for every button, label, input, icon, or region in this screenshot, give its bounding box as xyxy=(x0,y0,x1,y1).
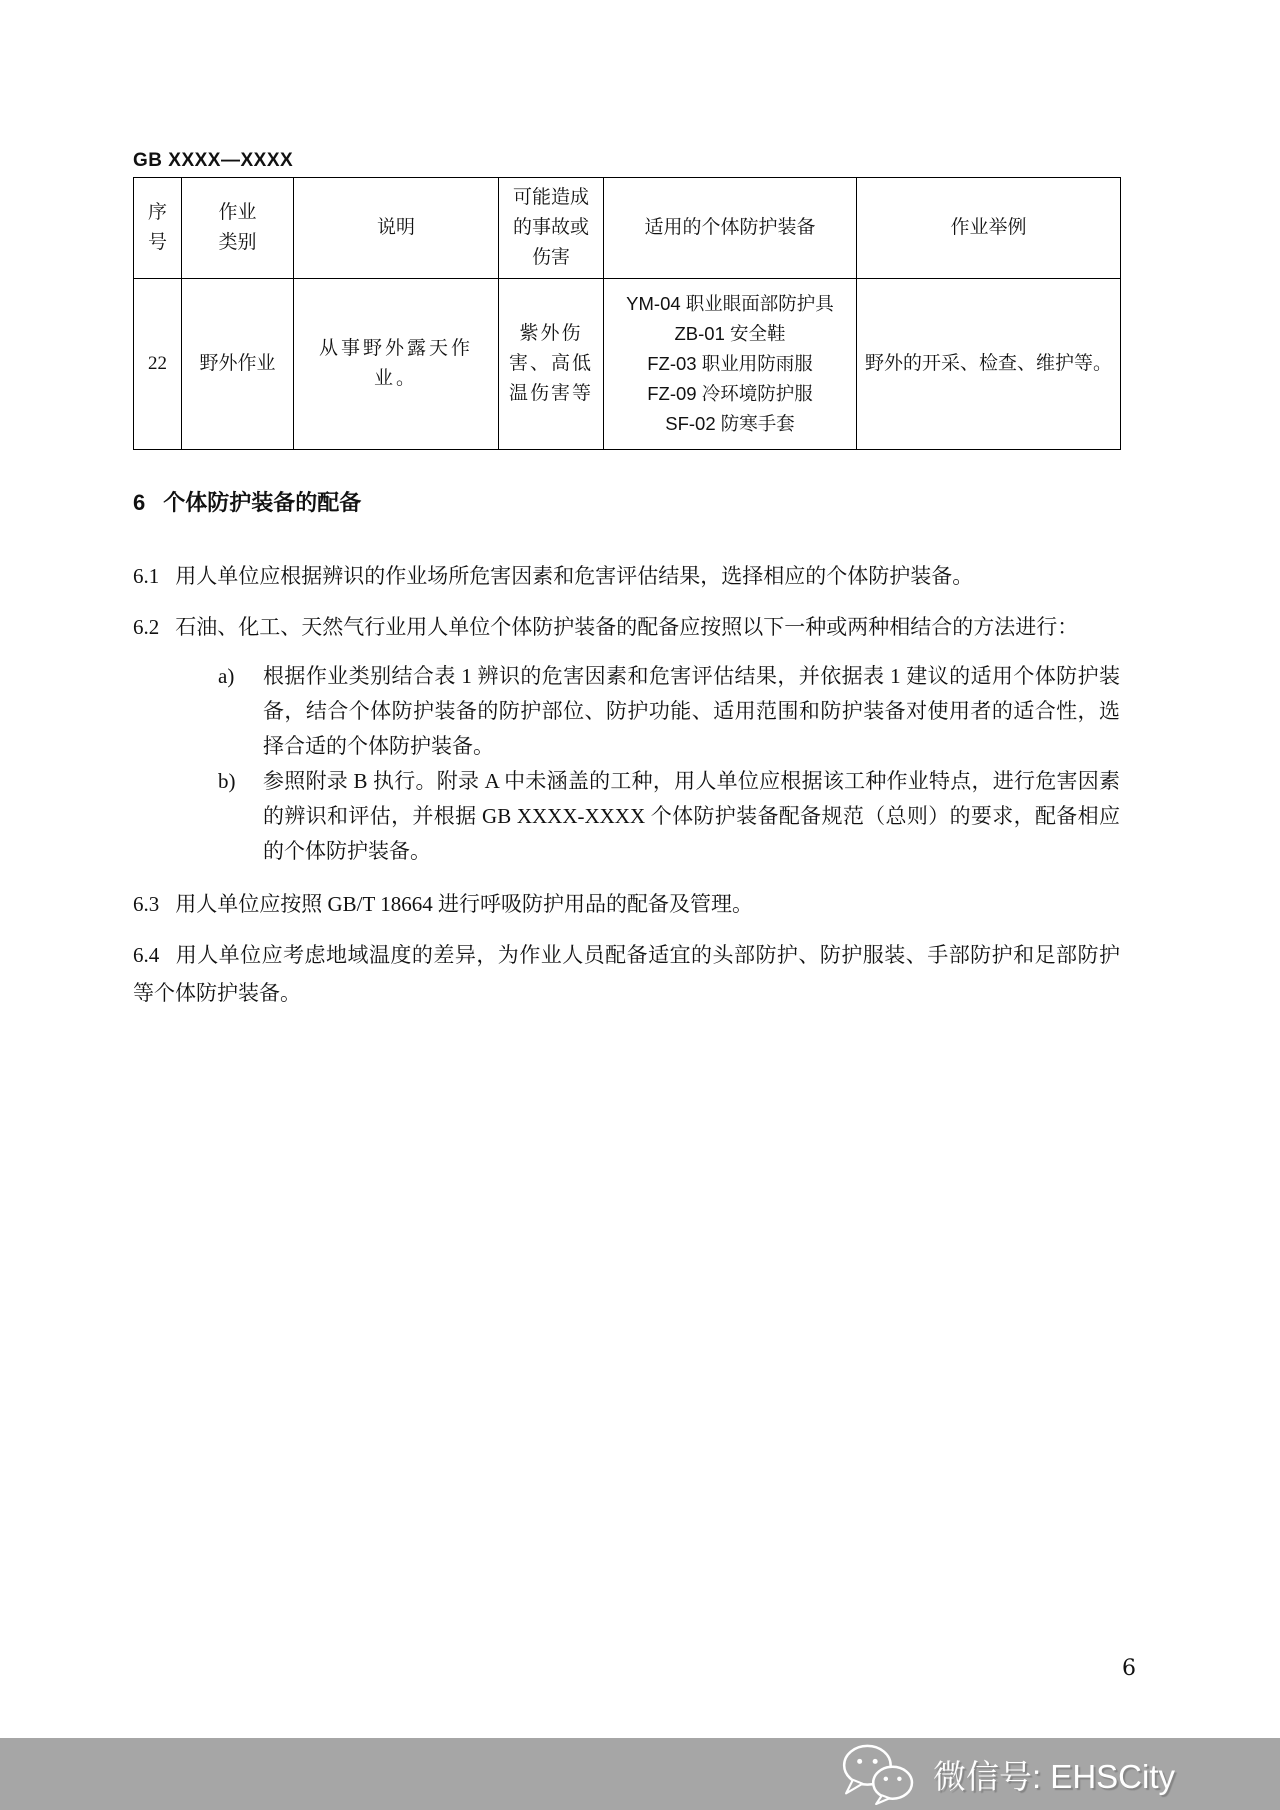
sub-item-label: b) xyxy=(218,764,236,799)
clause-6-3: 6.3用人单位应按照 GB/T 18664 进行呼吸防护用品的配备及管理。 xyxy=(133,885,1120,923)
wechat-watermark: 微信号: EHSCity xyxy=(841,1738,1175,1810)
sub-item-text: 根据作业类别结合表 1 辨识的危害因素和危害评估结果，并依据表 1 建议的适用个… xyxy=(263,664,1120,758)
document-page: GB XXXX—XXXX 序 号 作业 类别 说明 可能造成 的事故或 伤害 适… xyxy=(0,0,1280,1810)
clause-number: 6.4 xyxy=(133,943,159,967)
clause-text: 用人单位应按照 GB/T 18664 进行呼吸防护用品的配备及管理。 xyxy=(175,892,753,916)
table-header-row: 序 号 作业 类别 说明 可能造成 的事故或 伤害 适用的个体防护装备 作业举例 xyxy=(134,178,1121,279)
wechat-icon xyxy=(841,1743,919,1805)
section-number: 6 xyxy=(133,490,145,515)
header-cell-ppe: 适用的个体防护装备 xyxy=(604,178,857,279)
clause-number: 6.1 xyxy=(133,564,159,588)
clause-text: 用人单位应根据辨识的作业场所危害因素和危害评估结果，选择相应的个体防护装备。 xyxy=(175,564,973,588)
footer-bar: 微信号: EHSCity xyxy=(0,1738,1280,1810)
cell-category: 野外作业 xyxy=(182,279,294,450)
wechat-id-label: 微信号: EHSCity xyxy=(933,1751,1175,1798)
sub-item-text: 参照附录 B 执行。附录 A 中未涵盖的工种，用人单位应根据该工种作业特点，进行… xyxy=(263,769,1120,863)
ppe-table: 序 号 作业 类别 说明 可能造成 的事故或 伤害 适用的个体防护装备 作业举例… xyxy=(133,177,1121,450)
clause-6-2-sub-list: a)根据作业类别结合表 1 辨识的危害因素和危害评估结果，并依据表 1 建议的适… xyxy=(133,659,1120,869)
clause-text: 用人单位应考虑地域温度的差异，为作业人员配备适宜的头部防护、防护服装、手部防护和… xyxy=(133,943,1120,1005)
clause-text: 石油、化工、天然气行业用人单位个体防护装备的配备应按照以下一种或两种相结合的方法… xyxy=(175,615,1078,639)
clause-6-4: 6.4用人单位应考虑地域温度的差异，为作业人员配备适宜的头部防护、防护服装、手部… xyxy=(133,936,1120,1012)
header-cell-category: 作业 类别 xyxy=(182,178,294,279)
header-cell-examples: 作业举例 xyxy=(857,178,1121,279)
standard-number-label: GB XXXX—XXXX xyxy=(133,150,1120,172)
cell-hazard: 紫外伤 害、高低 温伤害等 xyxy=(499,279,604,450)
sub-item-label: a) xyxy=(218,659,234,694)
header-cell-hazard: 可能造成 的事故或 伤害 xyxy=(499,178,604,279)
page-number: 6 xyxy=(1122,1656,1136,1681)
sub-item-b: b)参照附录 B 执行。附录 A 中未涵盖的工种，用人单位应根据该工种作业特点，… xyxy=(133,764,1120,869)
section-title: 个体防护装备的配备 xyxy=(163,490,361,515)
cell-no: 22 xyxy=(134,279,182,450)
page-content: GB XXXX—XXXX 序 号 作业 类别 说明 可能造成 的事故或 伤害 适… xyxy=(133,150,1120,1025)
header-cell-desc: 说明 xyxy=(294,178,499,279)
section-heading: 6个体防护装备的配备 xyxy=(133,488,1120,518)
cell-examples: 野外的开采、检查、维护等。 xyxy=(857,279,1121,450)
header-cell-no: 序 号 xyxy=(134,178,182,279)
table-row: 22 野外作业 从事野外露天作 业。 紫外伤 害、高低 温伤害等 YM-04 职… xyxy=(134,279,1121,450)
sub-item-a: a)根据作业类别结合表 1 辨识的危害因素和危害评估结果，并依据表 1 建议的适… xyxy=(133,659,1120,764)
clause-6-1: 6.1用人单位应根据辨识的作业场所危害因素和危害评估结果，选择相应的个体防护装备… xyxy=(133,557,1120,595)
clause-number: 6.2 xyxy=(133,615,159,639)
cell-desc: 从事野外露天作 业。 xyxy=(294,279,499,450)
cell-ppe-list: YM-04 职业眼面部防护具 ZB-01 安全鞋 FZ-03 职业用防雨服 FZ… xyxy=(604,279,857,450)
clause-number: 6.3 xyxy=(133,892,159,916)
clause-6-2: 6.2石油、化工、天然气行业用人单位个体防护装备的配备应按照以下一种或两种相结合… xyxy=(133,608,1120,646)
